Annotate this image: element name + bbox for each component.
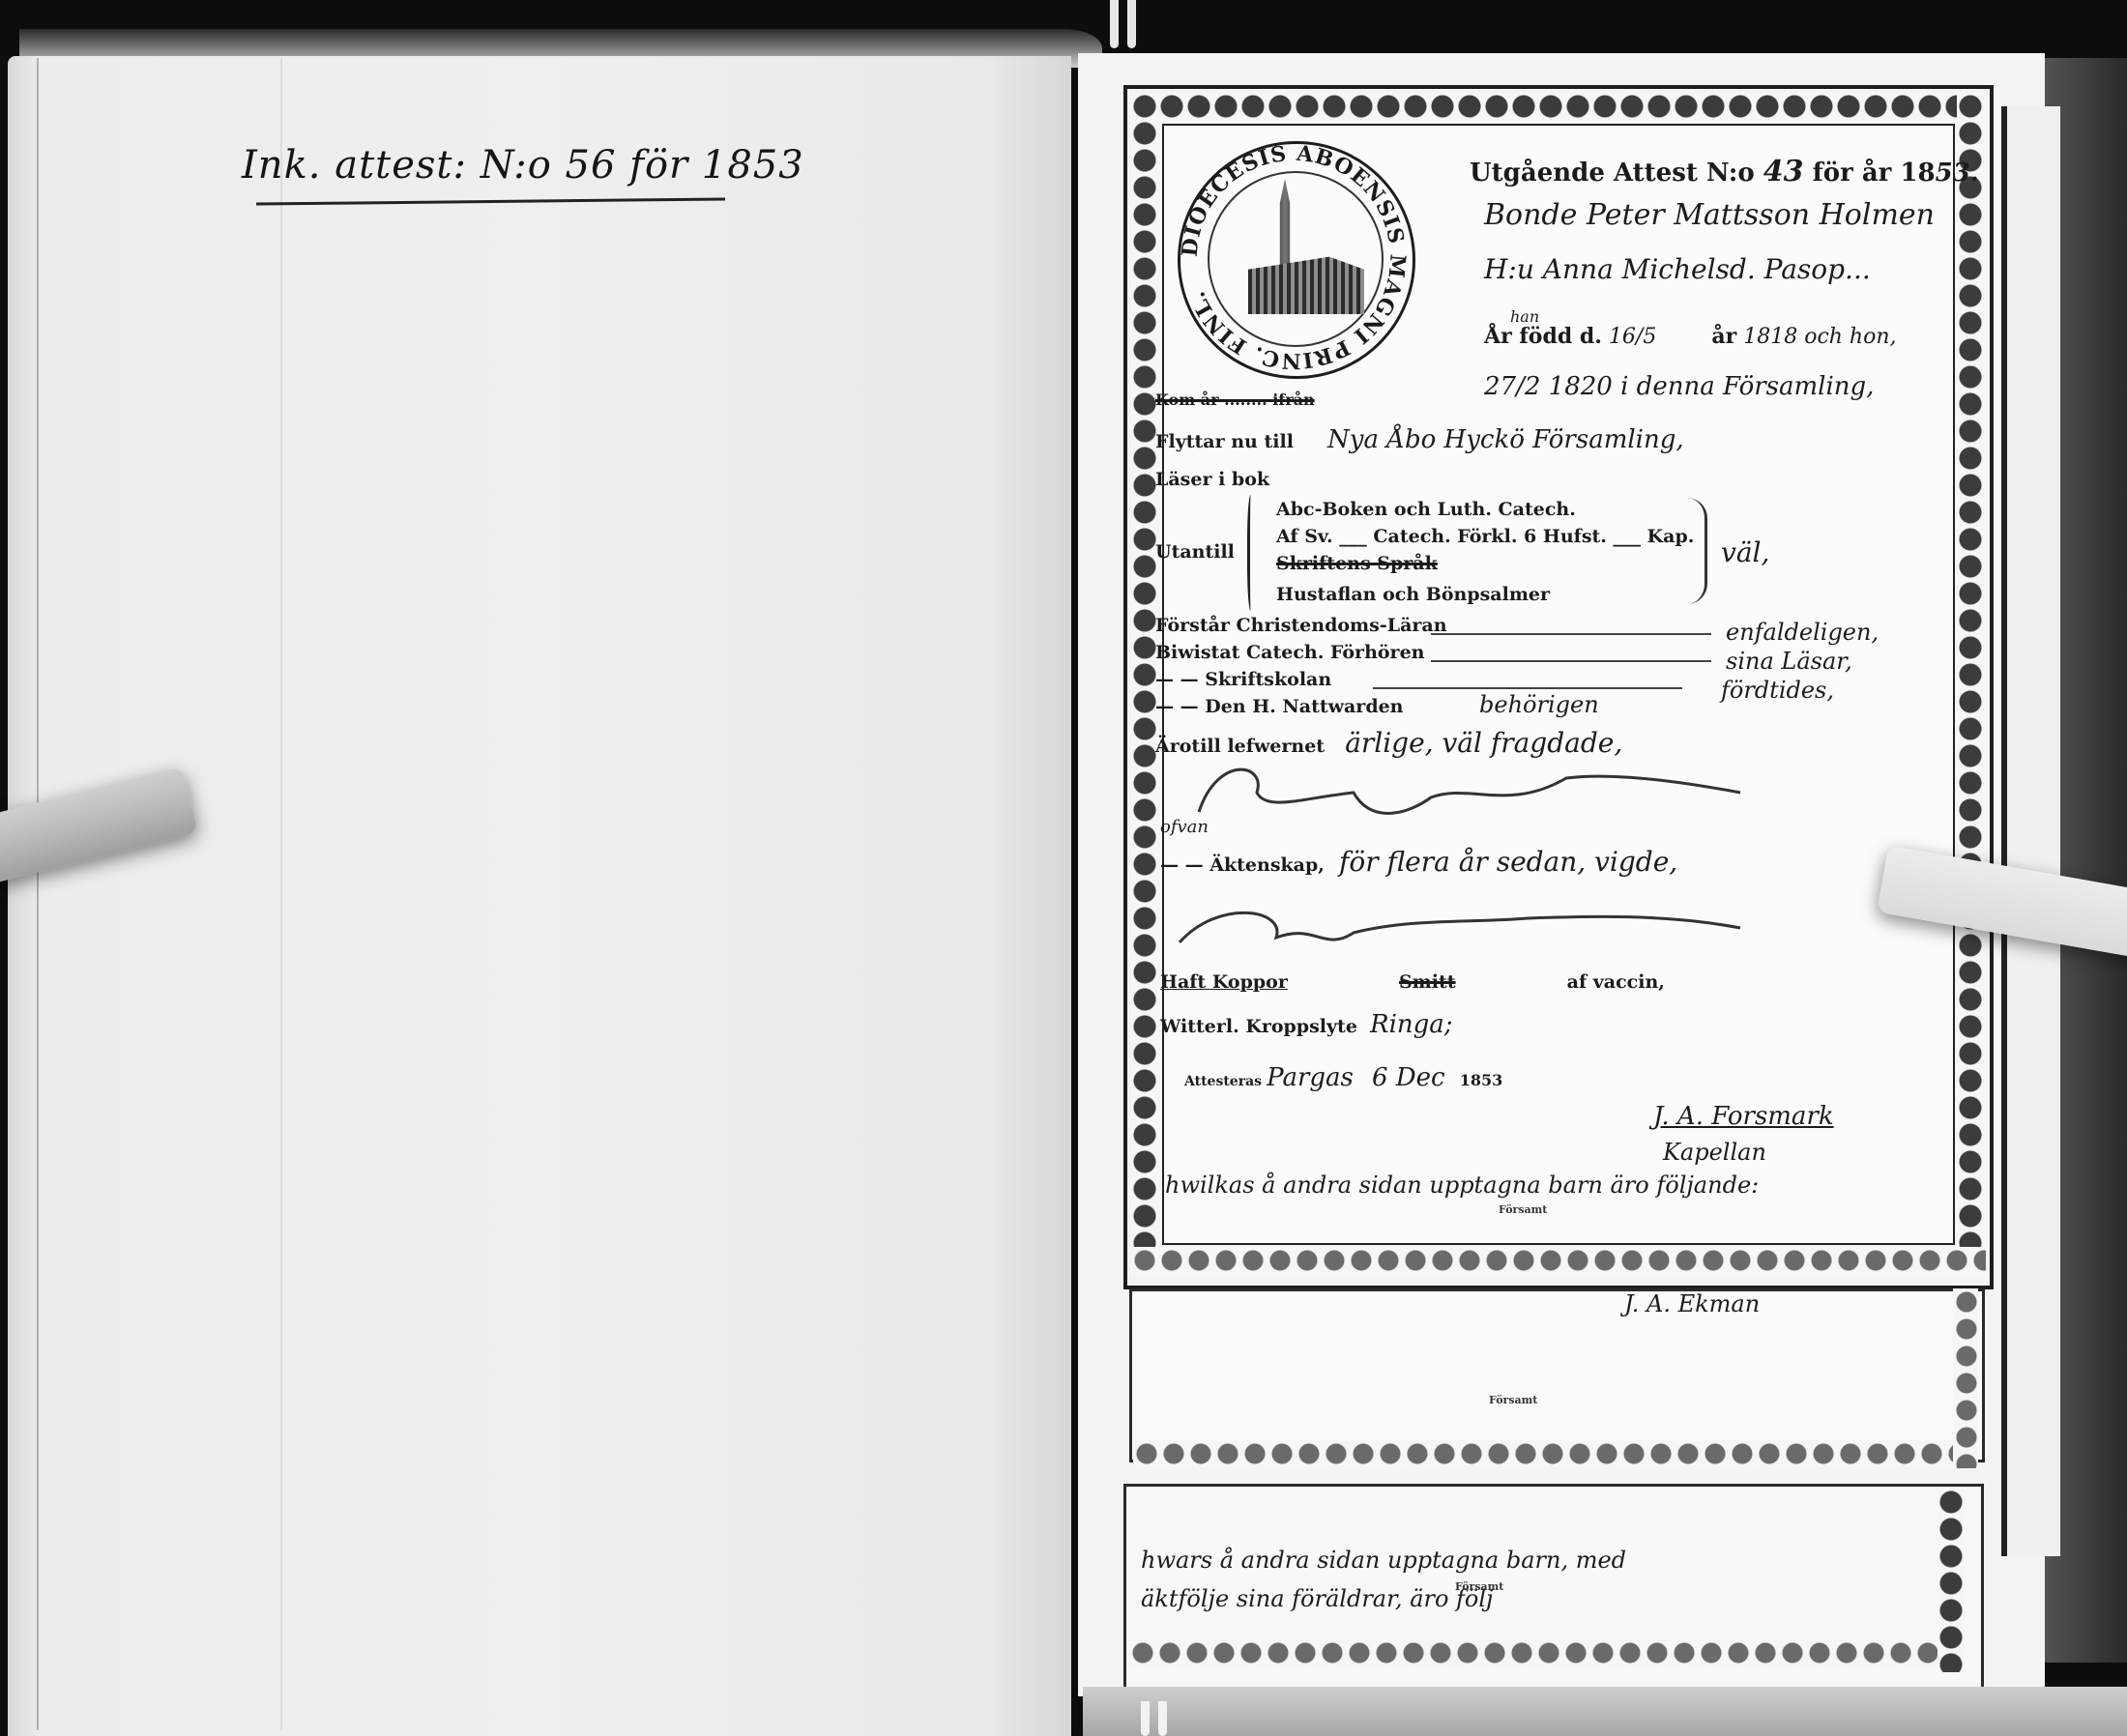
biwistat-value: sina Läsar, [1726, 648, 1852, 675]
attesteras-row: Attesteras Pargas 6 Dec 1853 [1184, 1063, 1502, 1092]
utantill-label: Utantill [1155, 541, 1235, 563]
skriftskolan-value: fördtides, [1721, 677, 1834, 704]
second-birth-date: 27/2 [1484, 372, 1540, 401]
birth-line: År född d. 16/5 år 1818 och hon, [1484, 324, 1897, 349]
second-birth-year: 1820 [1549, 372, 1613, 401]
signature: J. A. Forsmark [1653, 1102, 1834, 1131]
forsamt-label-3: Församt [1455, 1580, 1503, 1593]
spine-marks-top [1110, 0, 1139, 53]
koppor-label: Haft Koppor [1160, 971, 1288, 993]
underlying-sheet [2001, 106, 2060, 1556]
forstar-rule [1431, 633, 1711, 635]
kroppslyte-value: Ringa; [1370, 1010, 1453, 1039]
laser-label: Läser i bok [1155, 469, 1269, 490]
fold-line [280, 58, 282, 1730]
koppor-row: Haft Koppor Smitt af vaccin, [1160, 971, 1665, 993]
flyttar-row: Flyttar nu till Nya Åbo Hyckö Församling… [1155, 425, 1684, 454]
born-label: År född d. [1484, 324, 1602, 349]
ornamental-border-bottom [1131, 1247, 1986, 1276]
utantill-item-2: Af Sv. ___ Catech. Förkl. 6 Hufst. ___ K… [1276, 526, 1694, 547]
forsamt-label-2: Församt [1489, 1394, 1537, 1406]
ornamental-border-top [1131, 93, 1986, 122]
ornamental-border-2-bottom [1133, 1440, 1955, 1465]
form3-note-line-1: hwars å andra sidan upptagna barn, med [1141, 1547, 1626, 1574]
certificate-form-2 [1129, 1288, 1985, 1462]
person-line-1: Bonde Peter Mattsson Holmen [1484, 198, 1935, 232]
second-birth-line: 27/2 1820 i denna Församling, [1484, 372, 1874, 401]
person-line-2: H:u Anna Michelsd. Pasop... [1484, 253, 1871, 285]
smitt-label: Smitt [1399, 971, 1456, 993]
forsamt-label-1: Församt [1499, 1203, 1547, 1216]
title-prefix: Utgående Attest N:o [1470, 159, 1755, 188]
book-bottom-edge [1083, 1687, 2127, 1736]
utantill-item-4: Hustaflan och Bönpsalmer [1276, 584, 1550, 605]
diocese-seal: DIOECESIS ABOENSIS MAGNI PRINC. FINL. [1178, 141, 1415, 379]
year-prefix: för år 18 [1813, 159, 1936, 188]
certificate-title: Utgående Attest N:o 43 för år 1853. [1470, 155, 1979, 188]
utantill-item-3: Skriftens Språk [1276, 553, 1438, 574]
ornamental-border-right [1957, 93, 1986, 1276]
forstar-value: enfaldeligen, [1726, 619, 1879, 646]
biwistat-rule [1431, 660, 1711, 662]
kroppslyte-label: Witterl. Kroppslyte [1160, 1016, 1357, 1037]
aktenskap-row: — — Äktenskap, för flera år sedan, vigde… [1160, 846, 1677, 878]
nattwarden-label: — — Den H. Nattwarden [1155, 696, 1404, 717]
left-page-note: Ink. attest: N:o 56 för 1853 [242, 143, 804, 188]
aktenskap-prefix: ofvan [1160, 817, 1209, 837]
utantill-item-1: Abc-Boken och Luth. Catech. [1276, 499, 1576, 520]
born-year: 1818 [1743, 325, 1797, 349]
aktenskap-value: för flera år sedan, vigde, [1339, 846, 1677, 878]
skriftskolan-rule [1373, 687, 1682, 689]
ornamental-border-3-bottom [1129, 1639, 1961, 1668]
kroppslyte-row: Witterl. Kroppslyte Ringa; [1160, 1010, 1453, 1039]
attesteras-place: Pargas [1267, 1063, 1354, 1092]
born-inserted: han [1510, 307, 1539, 326]
biwistat-label: Biwistat Catech. Förhören [1155, 642, 1424, 663]
attesteras-label: Attesteras [1184, 1074, 1262, 1089]
spine-marks-bottom [1141, 1701, 1170, 1736]
left-page [8, 56, 1071, 1736]
signature-title: Kapellan [1663, 1139, 1766, 1166]
ornamental-border-2-right [1953, 1288, 1978, 1468]
scribble-flourish-2 [1160, 889, 1760, 967]
born-year-extra: och hon, [1804, 325, 1896, 349]
attesteras-date: 6 Dec [1372, 1063, 1445, 1092]
form2-signature: J. A. Ekman [1624, 1290, 1760, 1317]
scribble-flourish-1 [1160, 754, 1760, 841]
certificate-number: 43 [1763, 155, 1804, 188]
aktenskap-label: — — Äktenskap, [1160, 854, 1325, 876]
born-date: 16/5 [1609, 325, 1656, 349]
parish-text: i denna Församling, [1620, 372, 1874, 401]
children-note: hwilkas å andra sidan upptagna barn äro … [1165, 1172, 1759, 1199]
flyttar-label: Flyttar nu till [1155, 431, 1294, 452]
utantill-right-brace-icon [1687, 498, 1707, 604]
born-year-label: år [1711, 324, 1736, 349]
seal-inner-ring [1208, 171, 1384, 347]
utantill-brace-icon [1247, 495, 1256, 611]
flyttar-value: Nya Åbo Hyckö Församling, [1327, 425, 1684, 454]
vaccin-label: af vaccin, [1567, 971, 1665, 993]
utantill-value: väl, [1721, 536, 1769, 568]
form3-note-line-2: äktfölje sina föräldrar, äro följ [1141, 1585, 1494, 1612]
year-suffix: 53. [1936, 159, 1979, 188]
skriftskolan-label: — — Skriftskolan [1155, 669, 1331, 690]
forstar-label: Förstår Christendoms-Läran [1155, 615, 1447, 636]
ornamental-border-3-right [1938, 1489, 1965, 1672]
attesteras-year: 1853 [1460, 1071, 1503, 1089]
page-edge-line [37, 58, 39, 1730]
nattwarden-value: behörigen [1479, 691, 1599, 718]
kom-label: Kom år ........ ifrån [1155, 391, 1315, 409]
